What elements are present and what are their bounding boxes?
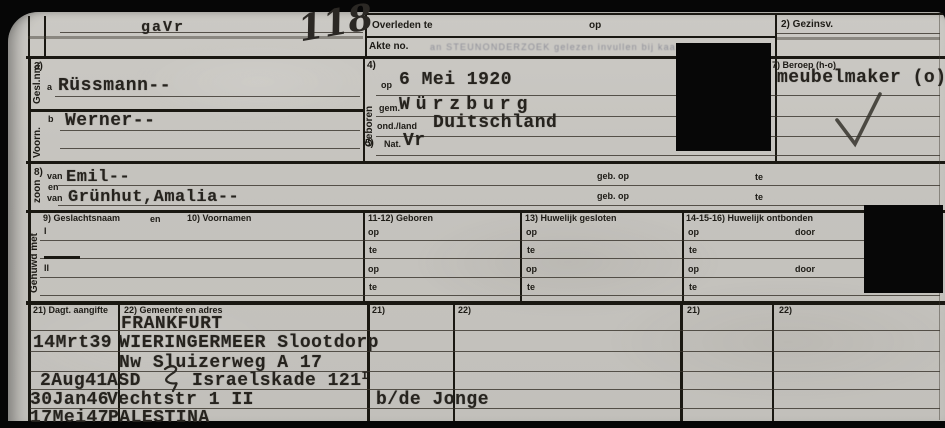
- rule-line: [26, 56, 945, 59]
- rule-line: [680, 303, 683, 421]
- redaction-box-photo: [676, 43, 771, 151]
- rule-line: [376, 155, 940, 156]
- birth-country-label: ond./land: [377, 121, 417, 131]
- section8-number: 8): [34, 167, 43, 178]
- rule-line: [55, 96, 360, 97]
- geboren-op2: op: [368, 264, 379, 274]
- overleden-op-label: op: [589, 20, 601, 31]
- floor-superscript: I: [362, 371, 369, 383]
- firstname-side-label: Voorn.: [32, 127, 43, 158]
- birth-gem-label: gem.: [379, 103, 400, 113]
- rule-line: [365, 13, 943, 15]
- reg-place-5: PALESTINA: [108, 408, 210, 428]
- rule-line: [44, 256, 80, 259]
- gesloten-te1: te: [527, 245, 535, 255]
- ontbonden-op1: op: [688, 227, 699, 237]
- h9-label: 9) Geslachtsnaam: [43, 213, 120, 223]
- field-a-label: a: [47, 82, 52, 92]
- reg-place-4: Vechtstr 1 II: [107, 390, 254, 410]
- father-te-label: te: [755, 172, 763, 182]
- reg-date-4: 30Jan46: [30, 390, 109, 410]
- zoon-side-label: zoon: [32, 180, 43, 203]
- overleden-label: Overleden te: [372, 20, 433, 31]
- nat-label: Nat.: [384, 139, 401, 149]
- ontbonden-te1: te: [689, 245, 697, 255]
- rule-line: [40, 258, 940, 259]
- reg-note-4: b/de Jonge: [376, 390, 489, 410]
- father-name-value: Emil--: [66, 168, 130, 187]
- reg-place-3: ASD: [107, 371, 141, 391]
- reg-date-3: 2Aug41: [40, 371, 108, 391]
- akte-no-label: Akte no.: [369, 41, 408, 52]
- van2-label: van: [47, 193, 63, 203]
- en-label: en: [48, 182, 59, 192]
- birth-date-value: 6 Mei 1920: [399, 70, 512, 90]
- rule-line: [40, 240, 940, 241]
- rule-line: [775, 13, 777, 57]
- gesloten-op1: op: [526, 227, 537, 237]
- rule-line: [777, 37, 940, 40]
- ontbonden-op2: op: [688, 264, 699, 274]
- gehuwd-met-side-label: Gehuwd met: [29, 233, 40, 293]
- section5-number: 5): [365, 138, 374, 149]
- street-text: Israelskade 121: [192, 371, 362, 391]
- h13-label: 13) Huwelijk gesloten: [525, 213, 617, 223]
- reg-date-5: 17Mei47: [30, 408, 109, 428]
- gezinsv-label: 2) Gezinsv.: [781, 19, 833, 30]
- rule-line: [777, 33, 940, 34]
- card-code: gaVr: [141, 19, 185, 36]
- h21-label: 21) Dagt. aangifte: [33, 305, 108, 315]
- h10-label: 10) Voornamen: [187, 213, 251, 223]
- section4-number: 4): [367, 60, 376, 71]
- field-b-label: b: [48, 114, 54, 124]
- h22c-label: 22): [779, 305, 792, 315]
- h1112-label: 11-12) Geboren: [368, 213, 433, 223]
- marriage-row2-roman: II: [44, 263, 49, 273]
- check-mark-icon: [830, 90, 886, 150]
- ontbonden-door1: door: [795, 227, 815, 237]
- reg-place-2: Nw Sluizerweg A 17: [119, 353, 322, 373]
- birth-city-value: Würzburg: [399, 95, 533, 115]
- rule-line: [58, 185, 940, 186]
- rule-line: [772, 303, 774, 421]
- rule-line: [367, 303, 370, 421]
- reg-place-frankfurt: FRANKFURT: [121, 314, 223, 334]
- rule-line: [60, 148, 360, 149]
- marriage-row1-roman: I: [44, 226, 47, 236]
- reg-place-1: WIERINGERMEER Slootdorp: [119, 333, 379, 353]
- ontbonden-door2: door: [795, 264, 815, 274]
- birth-country-value: Duitschland: [433, 113, 557, 133]
- van1-label: van: [47, 171, 63, 181]
- geboren-te1: te: [369, 245, 377, 255]
- rule-line: [365, 36, 775, 38]
- h21b-label: 21): [372, 305, 385, 315]
- father-geb-op-label: geb. op: [597, 171, 629, 181]
- birth-op-label: op: [381, 80, 392, 90]
- rule-line: [40, 277, 940, 278]
- h9-en-label: en: [150, 214, 161, 224]
- mother-name-value: Grünhut,Amalia--: [68, 188, 239, 207]
- redaction-box-marriage: [864, 205, 943, 293]
- rule-line: [26, 161, 945, 164]
- mother-te-label: te: [755, 192, 763, 202]
- h21c-label: 21): [687, 305, 700, 315]
- gesloten-op2: op: [526, 264, 537, 274]
- gesloten-te2: te: [527, 282, 535, 292]
- registration-card-scan: gaVr 118 Overleden te op Akte no. an STE…: [0, 0, 945, 428]
- firstname-value: Werner--: [65, 111, 155, 131]
- beroep-value: meubelmaker (o): [777, 68, 945, 88]
- faint-stamp-text: an STEUNONDERZOEK gelezen invullen bij k…: [430, 42, 696, 52]
- rule-line: [40, 295, 940, 296]
- h141516-label: 14-15-16) Huwelijk ontbonden: [686, 213, 813, 223]
- geboren-op1: op: [368, 227, 379, 237]
- mother-geb-op-label: geb. op: [597, 191, 629, 201]
- surname-value: Rüssmann--: [58, 76, 171, 96]
- h22b-label: 22): [458, 305, 471, 315]
- ontbonden-te2: te: [689, 282, 697, 292]
- nat-value: Vr: [403, 131, 426, 151]
- reg-date-1: 14Mrt39: [33, 333, 112, 353]
- reg-street-3: Israelskade 121I: [192, 371, 369, 391]
- geboren-te2: te: [369, 282, 377, 292]
- surname-side-label: Gesl.nm.: [32, 62, 43, 104]
